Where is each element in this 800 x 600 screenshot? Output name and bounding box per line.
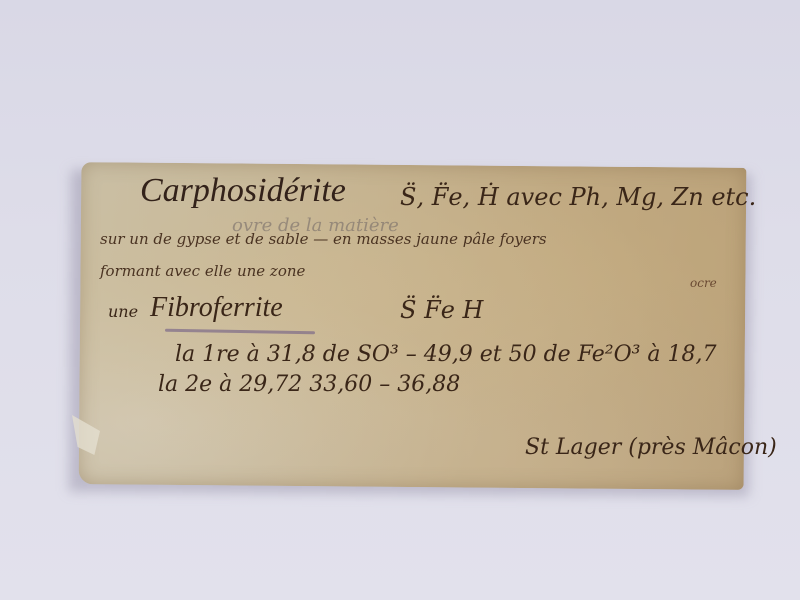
description-line-3: formant avec elle une zone xyxy=(100,262,305,280)
margin-note: ocre xyxy=(690,276,717,290)
analysis-row-2: la 2e à 29,72 33,60 – 36,88 xyxy=(158,372,460,397)
mineral-title: Carphosidérite xyxy=(140,172,346,210)
chemical-formula-1: S̈, F̈e, Ḣ avec Ph, Mg, Zn etc. xyxy=(400,183,756,211)
description-line-2: sur un de gypse et de sable — en masses … xyxy=(100,230,547,248)
analysis-row-1: la 1re à 31,8 de SO³ – 49,9 et 50 de Fe²… xyxy=(175,342,717,367)
second-mineral-name: Fibroferrite xyxy=(150,292,283,324)
chemical-formula-2: S̈ F̈e H xyxy=(400,296,483,324)
line-4-prefix: une xyxy=(108,302,138,321)
locality: St Lager (près Mâcon) xyxy=(525,435,777,460)
